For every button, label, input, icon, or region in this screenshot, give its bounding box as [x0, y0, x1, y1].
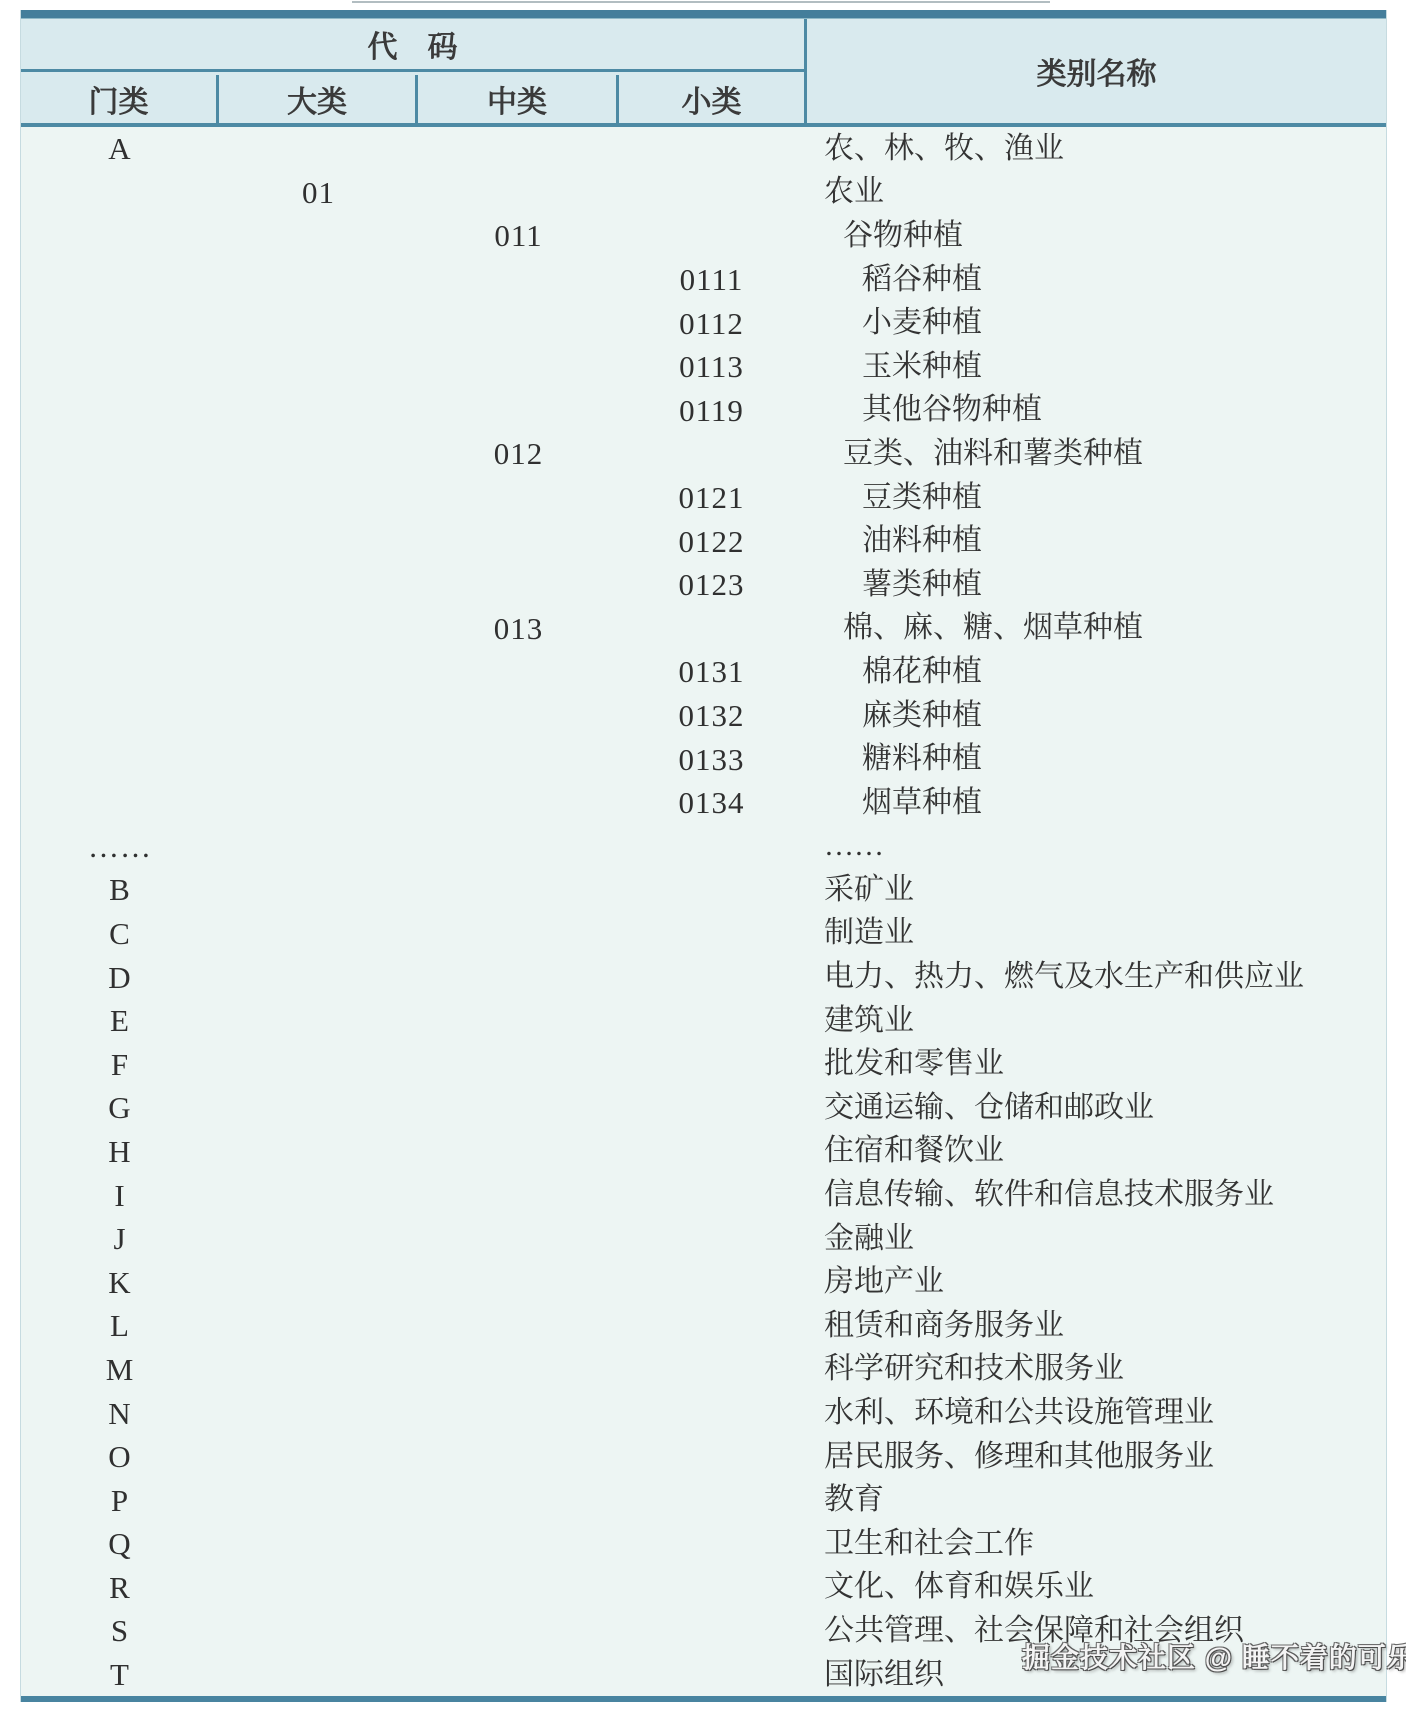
- row-name: 采矿业: [804, 875, 1386, 905]
- row-name: 制造业: [804, 918, 1386, 948]
- header-class-label: 小类: [682, 77, 742, 121]
- table-row: 01 农业: [21, 171, 1386, 215]
- row-code: C: [21, 918, 219, 949]
- row-name: 豆类种植: [804, 483, 1386, 513]
- header-division-col: 大类: [219, 75, 418, 123]
- row-code: 01: [219, 177, 418, 208]
- header-code-group-label: 代 码: [368, 22, 458, 66]
- row-code: L: [21, 1310, 219, 1341]
- table-row: G 交通运输、仓储和邮政业: [21, 1086, 1386, 1130]
- table-row: B 采矿业: [21, 868, 1386, 912]
- table-body: A 农、林、牧、渔业 01 农业 011 谷物种植 0111 稻谷种植 0112…: [21, 127, 1386, 1696]
- row-name: 棉花种植: [804, 657, 1386, 687]
- row-code: K: [21, 1267, 219, 1298]
- table-row: N 水利、环境和公共设施管理业: [21, 1391, 1386, 1435]
- row-code: I: [21, 1180, 219, 1211]
- table-bottom-rule: [21, 1696, 1386, 1702]
- industry-classification-table: 代 码 类别名称 门类 大类 中类 小类 A: [20, 10, 1387, 1702]
- table-row: 0122 油料种植: [21, 519, 1386, 563]
- row-name: 油料种植: [804, 526, 1386, 556]
- row-code: 0133: [619, 744, 804, 775]
- row-code: S: [21, 1615, 219, 1646]
- row-name: 烟草种植: [804, 788, 1386, 818]
- table-row: O 居民服务、修理和其他服务业: [21, 1435, 1386, 1479]
- row-name: 豆类、油料和薯类种植: [804, 439, 1386, 469]
- row-code: R: [21, 1572, 219, 1603]
- row-code: 0123: [619, 569, 804, 600]
- row-code: ……: [21, 831, 219, 862]
- table-row: 0134 烟草种植: [21, 781, 1386, 825]
- row-code: T: [21, 1659, 219, 1690]
- header-division-label: 大类: [287, 77, 347, 121]
- table-row: 0119 其他谷物种植: [21, 389, 1386, 433]
- row-code: E: [21, 1005, 219, 1036]
- table-row: 0123 薯类种植: [21, 563, 1386, 607]
- row-name: 水利、环境和公共设施管理业: [804, 1398, 1386, 1428]
- table-row: H 住宿和餐饮业: [21, 1130, 1386, 1174]
- row-code: 0131: [619, 656, 804, 687]
- table-row: J 金融业: [21, 1217, 1386, 1261]
- row-code: Q: [21, 1528, 219, 1559]
- table-row: F 批发和零售业: [21, 1042, 1386, 1086]
- row-name: 信息传输、软件和信息技术服务业: [804, 1180, 1386, 1210]
- header-group-label: 中类: [487, 77, 547, 121]
- table-row: C 制造业: [21, 912, 1386, 956]
- row-code: H: [21, 1136, 219, 1167]
- row-code: B: [21, 874, 219, 905]
- table-row: R 文化、体育和娱乐业: [21, 1566, 1386, 1610]
- table-row: 0133 糖料种植: [21, 737, 1386, 781]
- row-code: 011: [418, 220, 619, 251]
- row-name: 住宿和餐饮业: [804, 1136, 1386, 1166]
- table-row: E 建筑业: [21, 999, 1386, 1043]
- row-code: F: [21, 1049, 219, 1080]
- row-name: 居民服务、修理和其他服务业: [804, 1442, 1386, 1472]
- row-name: 卫生和社会工作: [804, 1529, 1386, 1559]
- table-row: I 信息传输、软件和信息技术服务业: [21, 1173, 1386, 1217]
- row-code: 0134: [619, 787, 804, 818]
- row-code: 013: [418, 613, 619, 644]
- table-row: M 科学研究和技术服务业: [21, 1348, 1386, 1392]
- row-name: 农业: [804, 177, 1386, 207]
- header-group-col: 中类: [418, 75, 619, 123]
- row-code: A: [21, 133, 219, 164]
- row-code: 0111: [619, 264, 804, 295]
- row-code: 012: [418, 438, 619, 469]
- header-section-col: 门类: [21, 75, 219, 123]
- header-class-col: 小类: [619, 75, 804, 123]
- header-section-label: 门类: [89, 77, 149, 121]
- row-code: G: [21, 1092, 219, 1123]
- table-row: D 电力、热力、燃气及水生产和供应业: [21, 955, 1386, 999]
- table-row: 0132 麻类种植: [21, 694, 1386, 738]
- row-code: O: [21, 1441, 219, 1472]
- row-name: 糖料种植: [804, 744, 1386, 774]
- table-row: P 教育: [21, 1478, 1386, 1522]
- header-category-name-label: 类别名称: [1037, 49, 1157, 93]
- table-row: 012 豆类、油料和薯类种植: [21, 432, 1386, 476]
- row-code: N: [21, 1398, 219, 1429]
- table-row: L 租赁和商务服务业: [21, 1304, 1386, 1348]
- row-name: 房地产业: [804, 1267, 1386, 1297]
- table-row: 0112 小麦种植: [21, 301, 1386, 345]
- row-name: 稻谷种植: [804, 265, 1386, 295]
- row-name: 电力、热力、燃气及水生产和供应业: [804, 962, 1386, 992]
- table-row: 0131 棉花种植: [21, 650, 1386, 694]
- table-row: 0121 豆类种植: [21, 476, 1386, 520]
- row-code: 0122: [619, 526, 804, 557]
- row-name: 谷物种植: [804, 221, 1386, 251]
- row-code: 0112: [619, 308, 804, 339]
- table-row: Q 卫生和社会工作: [21, 1522, 1386, 1566]
- header-category-name: 类别名称: [804, 19, 1386, 123]
- row-name: 建筑业: [804, 1006, 1386, 1036]
- row-name: 玉米种植: [804, 352, 1386, 382]
- row-name: 小麦种植: [804, 308, 1386, 338]
- row-name: 文化、体育和娱乐业: [804, 1572, 1386, 1602]
- table-row: 0111 稻谷种植: [21, 258, 1386, 302]
- table-row: 013 棉、麻、糖、烟草种植: [21, 607, 1386, 651]
- table-header: 代 码 类别名称 门类 大类 中类 小类: [21, 19, 1386, 127]
- row-name: 其他谷物种植: [804, 395, 1386, 425]
- table-row: K 房地产业: [21, 1260, 1386, 1304]
- row-name: 薯类种植: [804, 570, 1386, 600]
- table-row: 011 谷物种植: [21, 214, 1386, 258]
- row-code: 0113: [619, 351, 804, 382]
- table-top-rule: [21, 10, 1386, 19]
- row-name: 批发和零售业: [804, 1049, 1386, 1079]
- row-name: 农、林、牧、渔业: [804, 134, 1386, 164]
- row-name: 租赁和商务服务业: [804, 1311, 1386, 1341]
- row-code: 0132: [619, 700, 804, 731]
- page-top-artifact-line: [352, 1, 1050, 3]
- row-code: P: [21, 1485, 219, 1516]
- row-name: 科学研究和技术服务业: [804, 1354, 1386, 1384]
- row-name: 麻类种植: [804, 701, 1386, 731]
- table-row: 0113 玉米种植: [21, 345, 1386, 389]
- row-code: D: [21, 962, 219, 993]
- table-row: A 农、林、牧、渔业: [21, 127, 1386, 171]
- row-code: 0119: [619, 395, 804, 426]
- header-code-group: 代 码: [21, 19, 804, 72]
- row-name: 金融业: [804, 1224, 1386, 1254]
- table-row: …… ……: [21, 825, 1386, 869]
- row-code: 0121: [619, 482, 804, 513]
- row-name: 教育: [804, 1485, 1386, 1515]
- row-code: M: [21, 1354, 219, 1385]
- row-name: 棉、麻、糖、烟草种植: [804, 613, 1386, 643]
- header-sub-row: 门类 大类 中类 小类: [21, 75, 804, 123]
- row-code: J: [21, 1223, 219, 1254]
- watermark-text: 掘金技术社区 @ 睡不着的可乐: [1022, 1636, 1406, 1676]
- document-page: 代 码 类别名称 门类 大类 中类 小类 A: [0, 0, 1406, 1711]
- row-name: ……: [804, 831, 1386, 861]
- row-name: 交通运输、仓储和邮政业: [804, 1093, 1386, 1123]
